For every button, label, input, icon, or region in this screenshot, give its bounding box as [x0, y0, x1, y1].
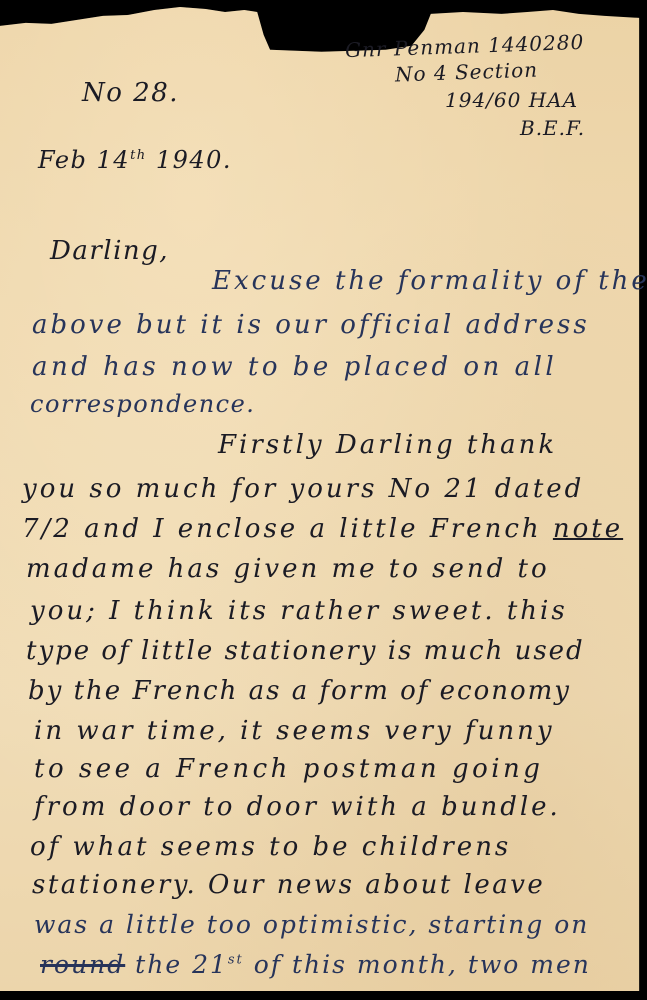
body-date-day: 21	[192, 950, 228, 979]
struck-word: round	[40, 950, 125, 979]
body-line-5: Firstly Darling thank	[218, 432, 557, 458]
address-line-4: B.E.F.	[520, 118, 585, 138]
letter-date: Feb 14th 1940.	[38, 148, 232, 172]
salutation: Darling,	[50, 238, 169, 264]
body-line-8: madame has given me to send to	[26, 556, 550, 582]
body-line-18-rest: of this month, two men	[254, 950, 591, 979]
body-line-18: round the 21st of this month, two men	[40, 952, 591, 977]
address-line-3: 194/60 HAA	[445, 90, 578, 110]
body-line-10: type of little stationery is much used	[26, 638, 585, 664]
body-line-3: and has now to be placed on all	[32, 354, 557, 380]
body-line-12: in war time, it seems very funny	[34, 718, 555, 744]
body-line-2: above but it is our official address	[32, 312, 590, 338]
body-line-15: of what seems to be childrens	[30, 834, 511, 860]
body-line-7-text: 7/2 and I enclose a little French	[22, 514, 542, 544]
date-year: 1940.	[156, 146, 232, 174]
address-line-2: No 4 Section	[395, 60, 539, 85]
body-line-9: you; I think its rather sweet. this	[30, 598, 568, 624]
body-line-6: you so much for yours No 21 dated	[22, 476, 584, 502]
body-line-7: 7/2 and I enclose a little French note	[22, 516, 623, 542]
body-line-4: correspondence.	[30, 392, 255, 416]
underlined-word-note: note	[553, 514, 623, 544]
body-line-16: stationery. Our news about leave	[32, 872, 545, 898]
letter-number: No 28.	[82, 80, 179, 106]
body-date-ordinal: st	[228, 953, 244, 968]
date-day: Feb 14	[38, 146, 130, 174]
body-line-11: by the French as a form of economy	[28, 678, 571, 704]
body-line-1: Excuse the formality of the	[212, 268, 647, 294]
body-line-13: to see a French postman going	[34, 756, 543, 782]
body-line-17: was a little too optimistic, starting on	[34, 912, 589, 937]
body-line-18-the: the	[135, 950, 182, 979]
date-ordinal: th	[130, 148, 147, 163]
body-line-14: from door to door with a bundle.	[34, 794, 561, 820]
